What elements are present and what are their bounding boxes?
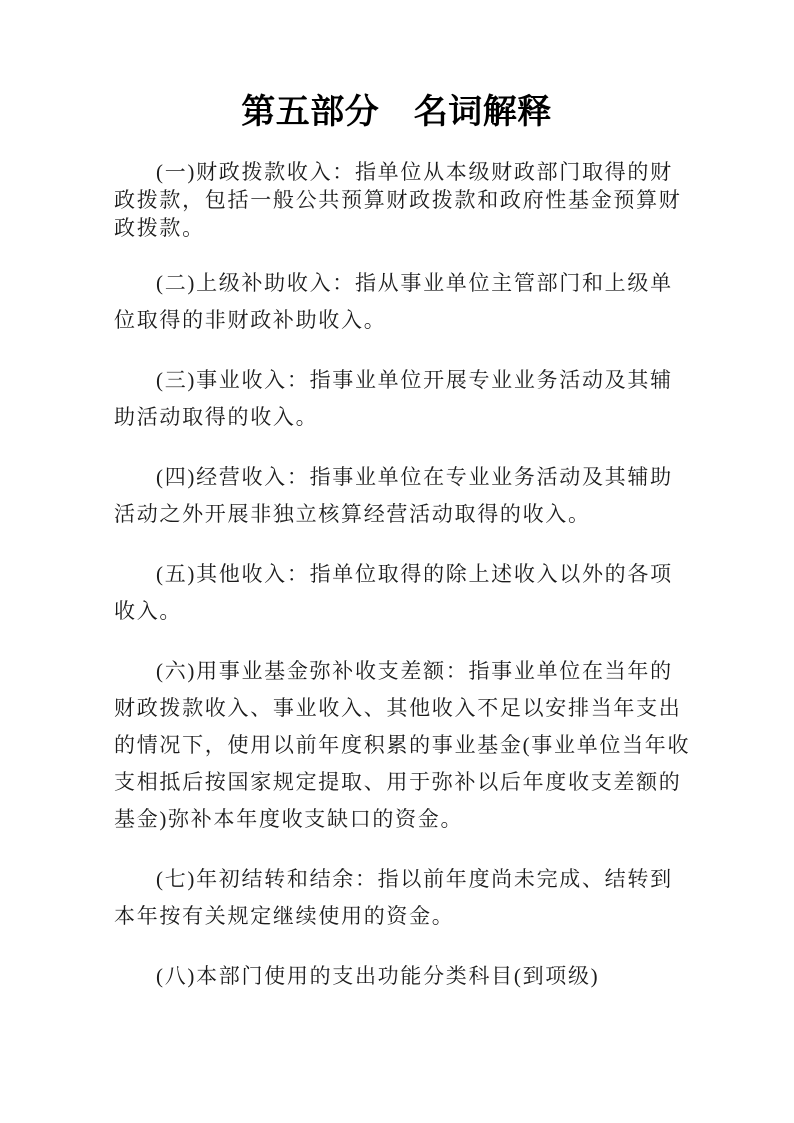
- text-line: 支相抵后按国家规定提取、用于弥补以后年度收支差额的: [114, 764, 679, 801]
- text-line: 财政拨款收入、事业收入、其他收入不足以安排当年支出: [114, 690, 679, 727]
- text-line: 基金)弥补本年度收支缺口的资金。: [114, 801, 679, 838]
- paragraph-term-8-zhichu-gongneng-fenlei: (八)本部门使用的支出功能分类科目(到项级): [114, 958, 679, 995]
- text-line: 政拨款。: [114, 214, 679, 242]
- text-line: (六)用事业基金弥补收支差额：指事业单位在当年的: [114, 653, 679, 690]
- text-line: (七)年初结转和结余：指以前年度尚未完成、结转到: [114, 861, 679, 898]
- text-line: (二)上级补助收入：指从事业单位主管部门和上级单: [114, 265, 679, 302]
- page-title: 第五部分 名词解释: [114, 90, 679, 134]
- paragraph-term-1-caizheng-bokuan-shouru: (一)财政拨款收入：指单位从本级财政部门取得的财政拨款，包括一般公共预算财政拨款…: [114, 158, 679, 242]
- text-line: 政拨款，包括一般公共预算财政拨款和政府性基金预算财: [114, 186, 679, 214]
- text-line: 的情况下，使用以前年度积累的事业基金(事业单位当年收: [114, 727, 679, 764]
- text-line: 收入。: [114, 593, 679, 630]
- text-line: 活动之外开展非独立核算经营活动取得的收入。: [114, 496, 679, 533]
- text-line: (一)财政拨款收入：指单位从本级财政部门取得的财: [114, 158, 679, 186]
- paragraph-term-7-nianchu-jiezhuan-jieyu: (七)年初结转和结余：指以前年度尚未完成、结转到本年按有关规定继续使用的资金。: [114, 861, 679, 935]
- text-line: (五)其他收入：指单位取得的除上述收入以外的各项: [114, 556, 679, 593]
- text-line: 助活动取得的收入。: [114, 399, 679, 436]
- paragraph-term-5-qita-shouru: (五)其他收入：指单位取得的除上述收入以外的各项收入。: [114, 556, 679, 630]
- text-line: 位取得的非财政补助收入。: [114, 302, 679, 339]
- text-line: (四)经营收入：指事业单位在专业业务活动及其辅助: [114, 459, 679, 496]
- paragraph-term-6-shiye-jijin-mibu: (六)用事业基金弥补收支差额：指事业单位在当年的财政拨款收入、事业收入、其他收入…: [114, 653, 679, 838]
- document-body: (一)财政拨款收入：指单位从本级财政部门取得的财政拨款，包括一般公共预算财政拨款…: [114, 158, 679, 995]
- text-line: 本年按有关规定继续使用的资金。: [114, 898, 679, 935]
- paragraph-term-2-shangji-buzhu-shouru: (二)上级补助收入：指从事业单位主管部门和上级单位取得的非财政补助收入。: [114, 265, 679, 339]
- document-page: 第五部分 名词解释 (一)财政拨款收入：指单位从本级财政部门取得的财政拨款，包括…: [0, 0, 794, 1123]
- paragraph-term-4-jingying-shouru: (四)经营收入：指事业单位在专业业务活动及其辅助活动之外开展非独立核算经营活动取…: [114, 459, 679, 533]
- text-line: (八)本部门使用的支出功能分类科目(到项级): [114, 958, 679, 995]
- paragraph-term-3-shiye-shouru: (三)事业收入：指事业单位开展专业业务活动及其辅助活动取得的收入。: [114, 362, 679, 436]
- text-line: (三)事业收入：指事业单位开展专业业务活动及其辅: [114, 362, 679, 399]
